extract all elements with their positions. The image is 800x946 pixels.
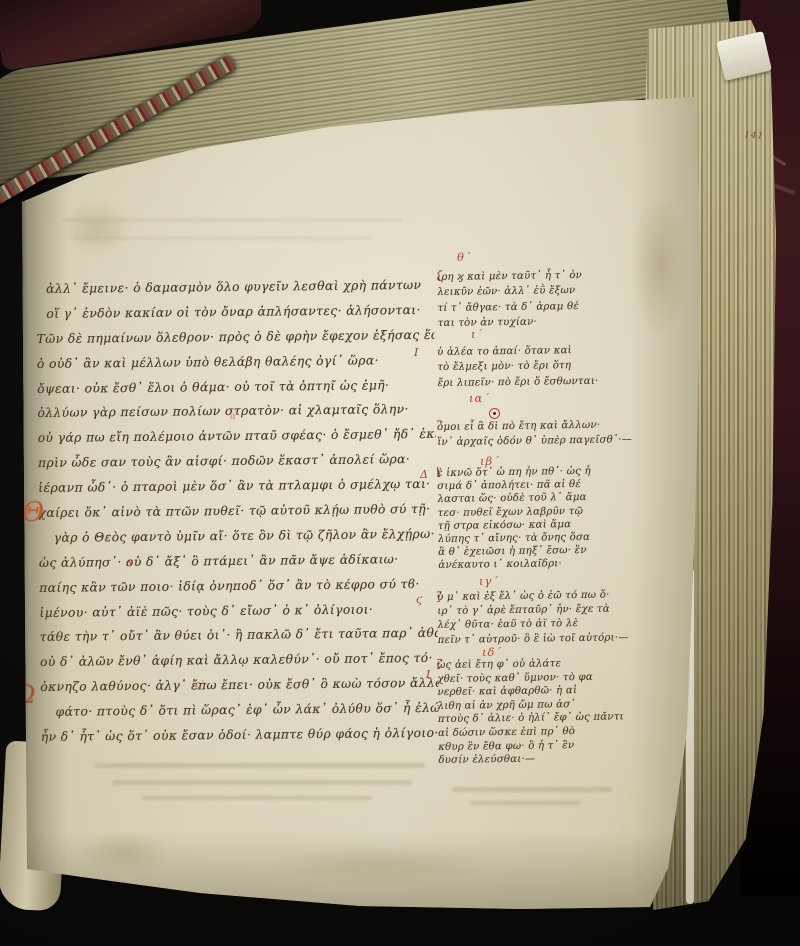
scholia-line: ἵν᾽ ἀρχαῖς ὁδόν θ᾽ ὑπὲρ παγεῖσθ᾽·— xyxy=(437,433,643,451)
scholia-line: ἀνέκαυτο ι᾽ κοιλαῖδρι· xyxy=(438,556,644,572)
scholia-section: Ϊὑ ἀλέα το ἀπαί· ὅταν καὶ τὸ ἔλμεξι μὸν·… xyxy=(437,342,644,391)
ghost-text-line xyxy=(62,218,402,222)
scholia-section: Τόμοι εἶ ἃ δὶ πὸ ἔτη καὶ ἄλλων· ἵν᾽ ἀρχα… xyxy=(437,417,643,451)
parchment-stain xyxy=(62,200,132,256)
scholia-line: ἔρι λιπεῖν· πὸ ἔρι ὅ ἔσθωνται· xyxy=(437,373,643,391)
folio-number: 141 xyxy=(744,130,765,141)
margin-red-mark xyxy=(2,626,9,639)
text-line: ἦν δ᾽ ἦτ᾽ ὡς ὅτ᾽ οὐκ ἔσαν ὁδοί· λαμπτε θ… xyxy=(41,721,439,750)
large-red-initial: Ὦ xyxy=(12,680,35,709)
scholia-section: Ξὡς ἀεὶ ἔτη φ᾽ οὗ ἀλάτε χθεῖ· τοὺς καθ᾽ … xyxy=(437,656,644,768)
parchment-stain xyxy=(80,830,170,876)
ghost-text-line xyxy=(112,780,412,785)
margin-letter: Ι xyxy=(426,668,430,681)
large-red-initial: Θ xyxy=(22,497,44,528)
circled-dot-icon xyxy=(489,408,500,419)
scholia-section: Εὐ μ᾽ καὶ ἐξ ἔλ᾽ ὡς ὁ ἐῶ τό πω ὅ· ιρ᾽ τὸ… xyxy=(437,588,644,648)
parchment-stain xyxy=(270,845,490,887)
ghost-text-line xyxy=(95,763,425,768)
scholia-line: ται τὸν ἀν τυχίαν· xyxy=(438,313,644,331)
ghost-text-line xyxy=(142,796,372,800)
section-number: θ´ xyxy=(457,250,472,264)
interlinear-mark: ά xyxy=(230,412,236,422)
main-text-column: ἀλλ᾽ ἔμεινε· ὁ δαμασμὸν ὅλο φυγεῖν λεσθα… xyxy=(36,273,439,750)
ghost-text-line xyxy=(452,787,612,792)
section-number: ι´ xyxy=(471,327,483,341)
section-number: ια´ xyxy=(469,391,490,405)
margin-letter: Δ xyxy=(420,468,428,481)
scholia-line: πεῖν τ᾽ αὐτροῦ· ὃ ἓ ἰὼ τοῖ αὐτόρι·— xyxy=(438,631,644,648)
section-number: ιδ´ xyxy=(482,645,502,659)
ghost-text-line xyxy=(470,801,580,805)
margin-letter: Ι xyxy=(414,346,418,359)
margin-letter: ϛ xyxy=(416,593,422,606)
manuscript-book-photo: 141 ἀλλ᾽ ἔμεινε· ὁ δαμασμὸν ὅλο φυγεῖν λ… xyxy=(0,0,800,946)
scholia-section: Δὲ ἰκνῶ ὅτ᾽ ὦ πη ἦν πθ᾽· ὡς ἦ σιμά δ᾽ ἀπ… xyxy=(437,464,644,572)
section-number: ιγ´ xyxy=(479,574,499,588)
interlinear-mark: Δ´ xyxy=(126,559,136,569)
interlinear-mark: ϛ´ xyxy=(195,680,204,690)
ghost-text-line xyxy=(74,236,374,240)
scholia-line: δυσίν ἐλεύσθαι·— xyxy=(438,751,644,767)
scholia-section: Κιρη ϗ καὶ μὲν ταῦτ᾽ ἦ τ᾽ ὀν λεικῦν ἐῶν·… xyxy=(437,267,644,331)
